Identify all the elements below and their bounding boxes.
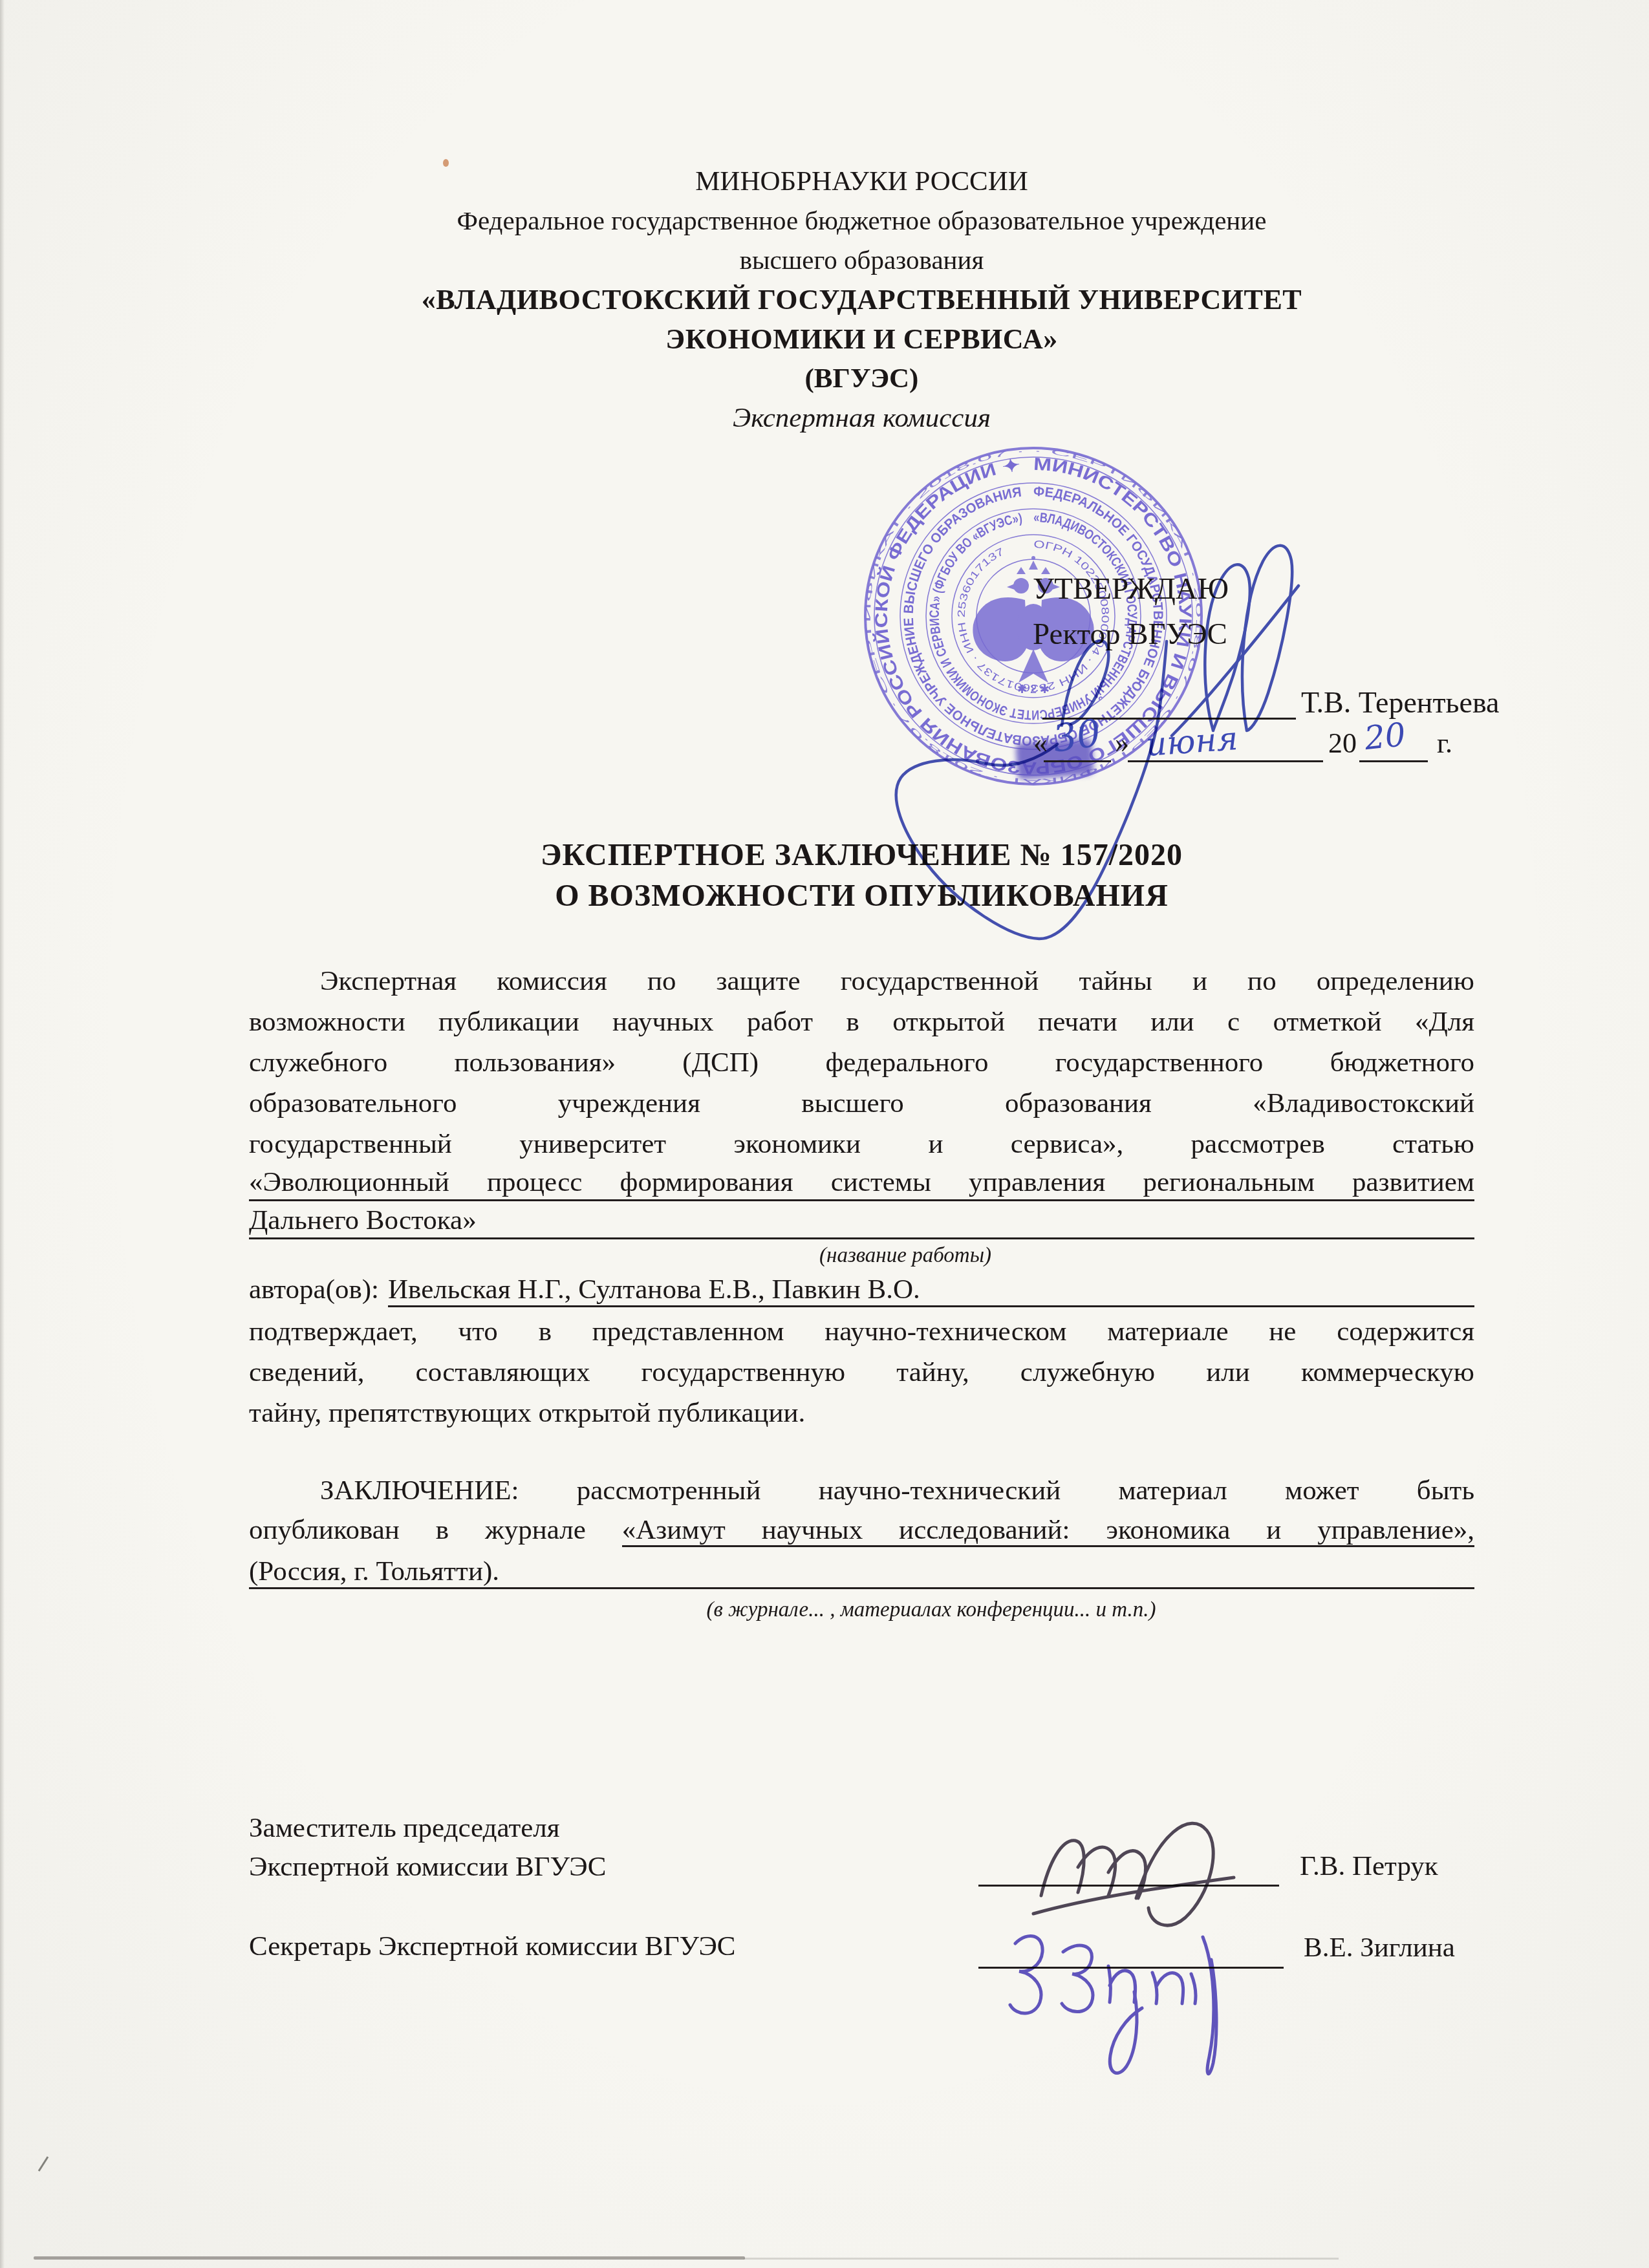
deputy-signature-line bbox=[978, 1885, 1279, 1887]
work-title-line-2: Дальнего Востока» bbox=[249, 1204, 1474, 1239]
scan-edge-shadow-left bbox=[0, 0, 5, 2268]
scan-edge-shadow bbox=[34, 2256, 745, 2260]
journal-location-underlined: (Россия, г. Тольятти). bbox=[249, 1554, 499, 1589]
scanned-document-sheet: · СЕРТИФИКАТ · 2018.07 · СЕРТИФИКАТ · 20… bbox=[0, 0, 1649, 2268]
date-day-line bbox=[1044, 760, 1111, 762]
conclusion-line-3-row: (Россия, г. Тольятти). bbox=[249, 1554, 1474, 1589]
conclusion-caption: (в журнале... , материалах конференции..… bbox=[388, 1598, 1474, 1622]
rector-name: Т.В. Терентьева bbox=[1301, 685, 1500, 720]
authors-row: автора(ов): Ивельская Н.Г., Султанова Е.… bbox=[249, 1272, 1474, 1307]
deputy-label: Заместитель председателя Экспертной коми… bbox=[249, 1810, 606, 1885]
org-name-line-2: ЭКОНОМИКИ И СЕРВИСА» bbox=[249, 319, 1474, 359]
secretary-name: В.Е. Зиглина bbox=[1304, 1932, 1455, 1963]
secretary-signature-line bbox=[978, 1967, 1284, 1969]
paragraph1-line: образовательного учреждения высшего обра… bbox=[249, 1086, 1474, 1122]
date-year-line bbox=[1359, 760, 1428, 762]
deputy-name: Г.В. Петрук bbox=[1300, 1850, 1438, 1882]
date-year-suffix: г. bbox=[1437, 727, 1452, 760]
paragraph2-line: тайну, препятствующих открытой публикаци… bbox=[249, 1395, 1474, 1431]
handwritten-day: 30 bbox=[1050, 711, 1104, 761]
authors-names: Ивельская Н.Г., Султанова Е.В., Павкин В… bbox=[388, 1272, 920, 1307]
paragraph1-line: служебного пользования» (ДСП) федерально… bbox=[249, 1045, 1474, 1081]
authors-line-filler bbox=[920, 1272, 1474, 1307]
scan-edge-shadow-right bbox=[744, 2258, 1339, 2260]
paragraph1-line: возможности публикации научных работ в о… bbox=[249, 1004, 1474, 1040]
paragraph1-line: Экспертная комиссия по защите государств… bbox=[249, 963, 1474, 1000]
conclusion-line-filler bbox=[499, 1554, 1474, 1589]
date-quote-close: » bbox=[1115, 727, 1129, 760]
org-type-line-2: высшего образования bbox=[249, 241, 1474, 280]
paper-speck bbox=[443, 159, 449, 167]
org-abbr: (ВГУЭС) bbox=[249, 359, 1474, 398]
org-name-line-1: «ВЛАДИВОСТОКСКИЙ ГОСУДАРСТВЕННЫЙ УНИВЕРС… bbox=[249, 280, 1474, 319]
date-year-printed: 20 bbox=[1328, 727, 1357, 760]
paragraph2-line: сведений, составляющих государственную т… bbox=[249, 1354, 1474, 1391]
work-title-caption: (название работы) bbox=[336, 1244, 1474, 1268]
org-type-line-1: Федеральное государственное бюджетное об… bbox=[249, 201, 1474, 241]
authors-label: автора(ов): bbox=[249, 1272, 388, 1307]
letterhead: МИНОБРНАУКИ РОССИИ Федеральное государст… bbox=[249, 162, 1474, 438]
conclusion-line-2-prefix: опубликован в журнале bbox=[249, 1515, 586, 1545]
secretary-label: Секретарь Экспертной комиссии ВГУЭС bbox=[249, 1931, 735, 1962]
paragraph2-line: подтверждает, что в представленном научн… bbox=[249, 1314, 1474, 1350]
date-month-line bbox=[1128, 760, 1323, 762]
ministry-line: МИНОБРНАУКИ РОССИИ bbox=[249, 162, 1474, 201]
commission-line: Экспертная комиссия bbox=[249, 398, 1474, 438]
document-title-line-2: О ВОЗМОЖНОСТИ ОПУБЛИКОВАНИЯ bbox=[249, 878, 1474, 914]
date-quote-open: « bbox=[1033, 727, 1048, 760]
rector-position-label: Ректор ВГУЭС bbox=[1033, 617, 1227, 652]
handwritten-year: 20 bbox=[1363, 716, 1407, 757]
work-title-line-1: «Эволюционный процесс формирования систе… bbox=[249, 1166, 1474, 1201]
document-title-line-1: ЭКСПЕРТНОЕ ЗАКЛЮЧЕНИЕ № 157/2020 bbox=[249, 837, 1474, 873]
deputy-label-line-1: Заместитель председателя bbox=[249, 1810, 606, 1846]
conclusion-line-1: ЗАКЛЮЧЕНИЕ: рассмотренный научно-техниче… bbox=[249, 1473, 1474, 1509]
journal-name-underlined: «Азимут научных исследований: экономика … bbox=[622, 1515, 1474, 1547]
deputy-label-line-2: Экспертной комиссии ВГУЭС bbox=[249, 1849, 606, 1885]
approve-label: УТВЕРЖДАЮ bbox=[1033, 572, 1229, 606]
conclusion-line-2: опубликован в журнале «Азимут научных ис… bbox=[249, 1513, 1474, 1548]
paragraph1-line: государственный университет экономики и … bbox=[249, 1126, 1474, 1162]
handwritten-month: июня bbox=[1145, 720, 1239, 764]
